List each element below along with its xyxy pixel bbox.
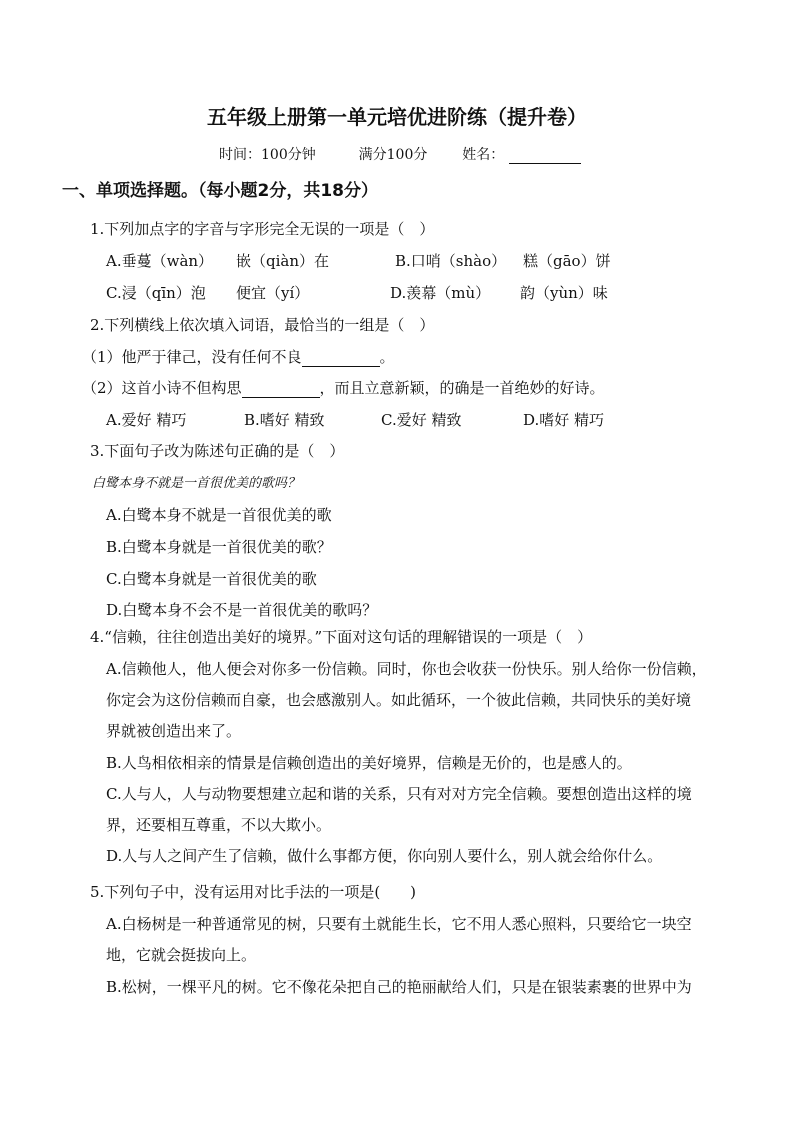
q2-option-d: D.嗜好 精巧	[523, 410, 604, 430]
question-2-stem: 2.下列横线上依次填入词语，最恰当的一组是（ ）	[90, 315, 434, 335]
question-3-stem: 3.下面句子改为陈述句正确的是（ ）	[90, 441, 344, 461]
exam-meta: 时间：100分钟 满分100分 姓名：	[219, 146, 581, 164]
question-1-stem: 1.下列加点字的字音与字形完全无误的一项是（ ）	[90, 219, 434, 239]
q4-option-d: D.人与人之间产生了信赖，做什么事都方便，你向别人要什么，别人就会给你什么。	[106, 846, 662, 866]
q1-option-b-2: 糕（gāo）饼	[523, 251, 611, 271]
q1-option-b: B.口哨（shào）	[395, 251, 506, 271]
q4-option-c-line1: C.人与人，人与动物要想建立起和谐的关系，只有对对方完全信赖。要想创造出这样的境	[106, 784, 692, 804]
q3-option-b: B.白鹭本身就是一首很优美的歌？	[106, 537, 332, 557]
page-title: 五年级上册第一单元培优进阶练（提升卷）	[0, 104, 794, 130]
question-5-stem: 5.下列句子中，没有运用对比手法的一项是( )	[90, 882, 416, 902]
q3-option-a: A.白鹭本身不就是一首很优美的歌	[106, 505, 332, 525]
question-4-stem: 4.“信赖，往往创造出美好的境界。”下面对这句话的理解错误的一项是（ ）	[90, 627, 592, 647]
q4-option-c-line2: 界，还要相互尊重，不以大欺小。	[106, 815, 331, 835]
q2-sub-1: （1）他严于律己，没有任何不良。	[82, 347, 395, 367]
q2-sub-1-end: 。	[380, 348, 395, 366]
q2-sub-1-text: （1）他严于律己，没有任何不良	[82, 348, 302, 366]
q2-sub-2-end: ，而且立意新颖，的确是一首绝妙的好诗。	[320, 379, 605, 397]
time-label: 时间：100分钟	[219, 146, 316, 164]
q2-sub-2-text: （2）这首小诗不但构思	[82, 379, 242, 397]
q5-option-b-line1: B.松树，一棵平凡的树。它不像花朵把自己的艳丽献给人们，只是在银装素裹的世界中为	[106, 977, 692, 997]
q1-option-c-2: 便宜（yí）	[236, 283, 309, 303]
q1-option-c: C.浸（qīn）泡	[106, 283, 206, 303]
q2-option-b: B.嗜好 精致	[244, 410, 325, 430]
q5-option-a-line2: 地，它就会挺拔向上。	[106, 945, 256, 965]
name-blank[interactable]	[509, 149, 581, 164]
q2-option-a: A.爱好 精巧	[106, 410, 186, 430]
score-label: 满分100分	[359, 146, 428, 164]
q2-blank-1[interactable]	[302, 351, 380, 367]
q1-option-a: A.垂蔓（wàn）	[106, 251, 213, 271]
q1-option-d: D.羡幕（mù）	[390, 283, 490, 303]
q3-sentence: 白鹭本身不就是一首很优美的歌吗？	[92, 474, 300, 494]
q1-option-a-2: 嵌（qiàn）在	[236, 251, 329, 271]
q2-sub-2: （2）这首小诗不但构思，而且立意新颖，的确是一首绝妙的好诗。	[82, 378, 605, 398]
q2-option-c: C.爱好 精致	[381, 410, 461, 430]
q3-option-c: C.白鹭本身就是一首很优美的歌	[106, 569, 317, 589]
q4-option-a-line3: 界就被创造出来了。	[106, 721, 241, 741]
section-heading: 一、单项选择题。（每小题2分，共18分）	[62, 180, 378, 202]
q1-option-d-2: 韵（yùn）味	[520, 283, 608, 303]
q3-option-d: D.白鹭本身不会不是一首很优美的歌吗？	[106, 600, 377, 620]
q4-option-a-line1: A.信赖他人，他人便会对你多一份信赖。同时，你也会收获一份快乐。别人给你一份信赖…	[106, 659, 707, 679]
q2-blank-2[interactable]	[242, 382, 320, 398]
q4-option-a-line2: 你定会为这份信赖而自豪，也会感激别人。如此循环，一个彼此信赖，共同快乐的美好境	[106, 690, 691, 710]
q4-option-b: B.人鸟相依相亲的情景是信赖创造出的美好境界，信赖是无价的，也是感人的。	[106, 753, 632, 773]
name-label: 姓名：	[462, 146, 504, 164]
q5-option-a-line1: A.白杨树是一种普通常见的树，只要有土就能生长，它不用人悉心照料，只要给它一块空	[106, 914, 692, 934]
